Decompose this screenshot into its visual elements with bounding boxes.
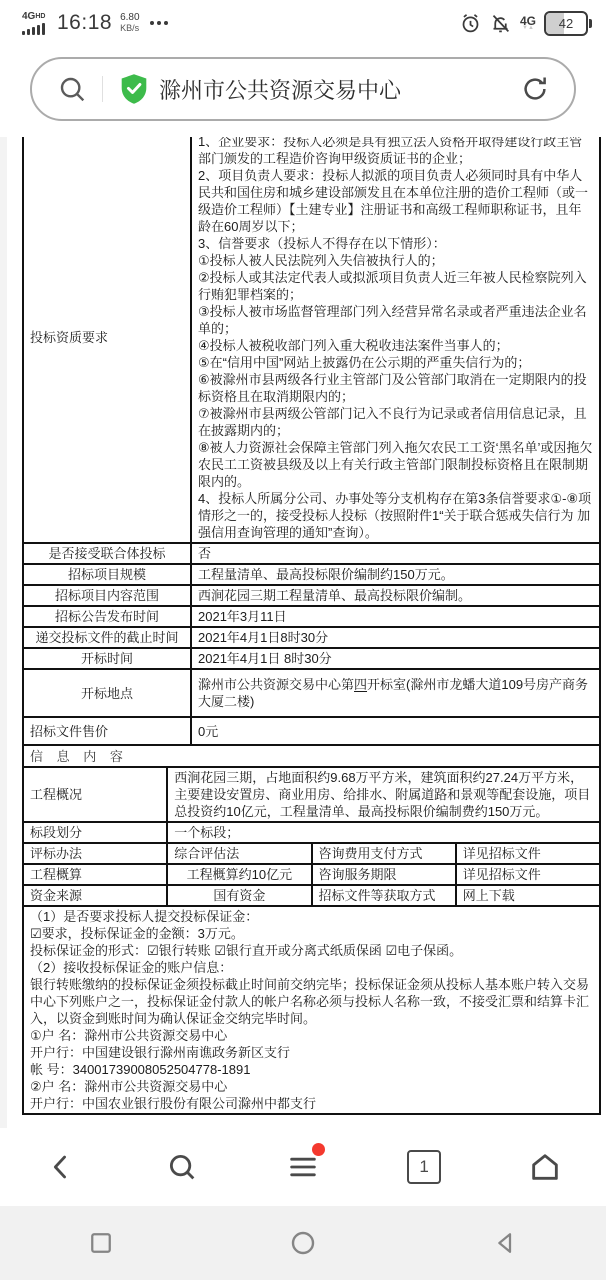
row-label: 招标项目规模 (23, 564, 191, 585)
network-type-label: 4G (520, 16, 536, 26)
browser-toolbar: 1 (0, 1128, 606, 1206)
deposit-line: （1）是否要求投标人提交投标保证金： (30, 908, 593, 925)
status-time: 16:18 (57, 11, 112, 35)
paragraph: ⑧被人力资源社会保障主管部门列入拖欠农民工工资‘黑名单’或因拖欠农民工工资被县级… (198, 439, 593, 490)
android-navigation-bar (0, 1206, 606, 1280)
table-row: 招标项目规模 工程量清单、最高投标限价编制约150万元。 (23, 564, 600, 585)
table-row: 资金来源 国有资金 招标文件等获取方式 网上下载 (23, 885, 600, 906)
network-label: 4G (22, 11, 35, 22)
battery-icon: 42 (544, 11, 588, 36)
search-icon[interactable] (56, 73, 88, 105)
deposit-line: 开户行：中国农业银行股份有限公司滁州中都支行 (30, 1095, 593, 1112)
table-row: （1）是否要求投标人提交投标保证金： ☑要求，投标保证金的金额：3万元。 投标保… (23, 906, 600, 1114)
tab-count: 1 (419, 1157, 428, 1177)
table-row: 信 息 内 容 (23, 745, 600, 767)
mobile-data-4g-icon: 4G ▼▲ (520, 16, 536, 31)
table-row: 招标文件售价 0元 (23, 717, 600, 745)
alarm-clock-icon (460, 13, 481, 34)
row-value: 国有资金 (167, 885, 311, 906)
deposit-line: 银行转账缴纳的投标保证金须投标截止时间前交纳完毕；投标保证金须从投标人基本账户转… (30, 976, 593, 1027)
qualification-requirements-cell: 1、企业要求：投标人必须是具有独立法人资格并取得建设行政主管部门颁发的工程造价咨… (191, 137, 600, 543)
paragraph: 4、投标人所属分公司、办事处等分支机构存在第3条信誉要求①-⑧项情形之一的，接受… (198, 490, 593, 541)
table-row: 工程概算 工程概算约10亿元 咨询服务期限 详见招标文件 (23, 864, 600, 885)
paragraph: ①投标人被人民法院列入失信被执行人的； (198, 252, 593, 269)
menu-button[interactable] (273, 1137, 333, 1197)
paragraph: ⑤在“信用中国”网站上披露仍在公示期的严重失信行为的； (198, 354, 593, 371)
row-value: 西涧花园三期工程量清单、最高投标限价编制。 (191, 585, 600, 606)
paragraph: ⑦被滁州市县两级公管部门记入不良行为记录或者信用信息记录，且在披露期内的； (198, 405, 593, 439)
venue-text: 滁州市公共资源交易中心第 (198, 677, 354, 692)
row-value: 工程概算约10亿元 (167, 864, 311, 885)
row-value: 否 (191, 543, 600, 564)
row-label: 递交投标文件的截止时间 (23, 627, 191, 648)
paragraph: 3、信誉要求（投标人不得存在以下情形）： (198, 235, 593, 252)
deposit-line: ☑要求，投标保证金的金额：3万元。 (30, 925, 593, 942)
deposit-line: ①户 名：滁州市公共资源交易中心 (30, 1027, 593, 1044)
network-hd-label: HD (35, 13, 45, 20)
deposit-line: ②户 名：滁州市公共资源交易中心 (30, 1078, 593, 1095)
paragraph: 1、企业要求：投标人必须是具有独立法人资格并取得建设行政主管部门颁发的工程造价咨… (198, 137, 593, 167)
bid-opening-venue: 滁州市公共资源交易中心第四开标室(滁州市龙蟠大道109号房产商务大厦二楼) (191, 669, 600, 717)
row-label: 评标办法 (23, 843, 167, 864)
page-margin-strip (0, 137, 7, 1128)
address-bar[interactable]: 滁州市公共资源交易中心 (30, 57, 576, 121)
table-row: 招标公告发布时间 2021年3月11日 (23, 606, 600, 627)
paragraph: ③投标人被市场监督管理部门列入经营异常名录或者严重违法企业名单的； (198, 303, 593, 337)
speed-value: 6.80 (120, 13, 139, 23)
tabs-button[interactable]: 1 (394, 1137, 454, 1197)
project-overview: 西涧花园三期，占地面积约9.68万平方米，建筑面积约27.24万平方米，主要建设… (167, 767, 600, 822)
table-row: 招标项目内容范围 西涧花园三期工程量清单、最高投标限价编制。 (23, 585, 600, 606)
status-bar: 4GHD 16:18 6.80 KB/s (0, 0, 606, 46)
deposit-line: 投标保证金的形式：☑银行转账 ☑银行直开或分离式纸质保函 ☑电子保函。 (30, 942, 593, 959)
table-row: 工程概况 西涧花园三期，占地面积约9.68万平方米，建筑面积约27.24万平方米… (23, 767, 600, 822)
table-row: 评标办法 综合评估法 咨询费用支付方式 详见招标文件 (23, 843, 600, 864)
refresh-button[interactable] (520, 74, 550, 104)
row-label: 标段划分 (23, 822, 167, 843)
secure-site-shield-icon (119, 73, 149, 105)
row-value: 2021年3月11日 (191, 606, 600, 627)
row-value: 2021年4月1日 8时30分 (191, 648, 600, 669)
deposit-line: 帐 号：34001739008052504778-1891 (30, 1061, 593, 1078)
phone-screen: 4GHD 16:18 6.80 KB/s (0, 0, 606, 1280)
row-label: 投标资质要求 (23, 137, 191, 543)
row-label: 开标地点 (23, 669, 191, 717)
web-page-content: 投标资质要求 1、企业要求：投标人必须是具有独立法人资格并取得建设行政主管部门颁… (0, 137, 606, 1128)
network-speed: 6.80 KB/s (120, 13, 139, 33)
table-row: 开标地点 滁州市公共资源交易中心第四开标室(滁州市龙蟠大道109号房产商务大厦二… (23, 669, 600, 717)
row-label: 招标文件售价 (23, 717, 191, 745)
row-label: 开标时间 (23, 648, 191, 669)
table-row: 是否接受联合体投标 否 (23, 543, 600, 564)
table-row: 标段划分 一个标段； (23, 822, 600, 843)
row-value: 工程量清单、最高投标限价编制约150万元。 (191, 564, 600, 585)
bid-deposit-section: （1）是否要求投标人提交投标保证金： ☑要求，投标保证金的金额：3万元。 投标保… (23, 906, 600, 1114)
table-row: 递交投标文件的截止时间 2021年4月1日8时30分 (23, 627, 600, 648)
row-value: 详见招标文件 (456, 864, 600, 885)
table-row: 开标时间 2021年4月1日 8时30分 (23, 648, 600, 669)
deposit-line: 开户行：中国建设银行滁州南谯政务新区支行 (30, 1044, 593, 1061)
recents-button[interactable] (66, 1213, 136, 1273)
row-label: 招标公告发布时间 (23, 606, 191, 627)
section-header: 信 息 内 容 (23, 745, 600, 767)
row-value: 0元 (191, 717, 600, 745)
table-row: 投标资质要求 1、企业要求：投标人必须是具有独立法人资格并取得建设行政主管部门颁… (23, 137, 600, 543)
home-button[interactable] (515, 1137, 575, 1197)
row-label: 是否接受联合体投标 (23, 543, 191, 564)
row-value: 详见招标文件 (456, 843, 600, 864)
row-value: 网上下载 (456, 885, 600, 906)
paragraph: ⑥被滁州市县两级各行业主管部门及公管部门取消在一定期限内的投标资格且在取消期限内… (198, 371, 593, 405)
home-nav-button[interactable] (268, 1213, 338, 1273)
deposit-line: （2）接收投标保证金的账户信息： (30, 959, 593, 976)
address-bar-area: 滁州市公共资源交易中心 (0, 46, 606, 137)
battery-nub (589, 19, 592, 28)
notification-dot (312, 1143, 325, 1156)
row-label: 咨询服务期限 (312, 864, 456, 885)
speed-unit: KB/s (120, 23, 139, 33)
row-value: 2021年4月1日8时30分 (191, 627, 600, 648)
divider (102, 76, 103, 102)
row-label: 咨询费用支付方式 (312, 843, 456, 864)
venue-room-number: 四 (354, 677, 367, 692)
signal-strength-icon: 4GHD (22, 12, 47, 35)
row-label: 工程概况 (23, 767, 167, 822)
row-label: 工程概算 (23, 864, 167, 885)
more-status-icon (150, 21, 171, 25)
signal-bars-icon (22, 23, 47, 35)
paragraph: 2、项目负责人要求：投标人拟派的项目负责人必须同时具有中华人民共和国住房和城乡建… (198, 167, 593, 235)
battery-percent: 42 (559, 16, 573, 31)
tender-info-table: 投标资质要求 1、企业要求：投标人必须是具有独立法人资格并取得建设行政主管部门颁… (22, 137, 601, 746)
row-label: 招标项目内容范围 (23, 585, 191, 606)
back-nav-button[interactable] (470, 1213, 540, 1273)
search-button[interactable] (152, 1137, 212, 1197)
row-label: 招标文件等获取方式 (312, 885, 456, 906)
row-value: 综合评估法 (167, 843, 311, 864)
site-title[interactable]: 滁州市公共资源交易中心 (159, 74, 520, 105)
paragraph: ②投标人或其法定代表人或拟派项目负责人近三年被人民检察院列入行贿犯罪档案的； (198, 269, 593, 303)
notifications-muted-icon (490, 13, 511, 34)
row-value: 一个标段； (167, 822, 600, 843)
row-label: 资金来源 (23, 885, 167, 906)
paragraph: ④投标人被税收部门列入重大税收违法案件当事人的； (198, 337, 593, 354)
back-button[interactable] (31, 1137, 91, 1197)
project-info-table: 信 息 内 容 工程概况 西涧花园三期，占地面积约9.68万平方米，建筑面积约2… (22, 744, 601, 1115)
